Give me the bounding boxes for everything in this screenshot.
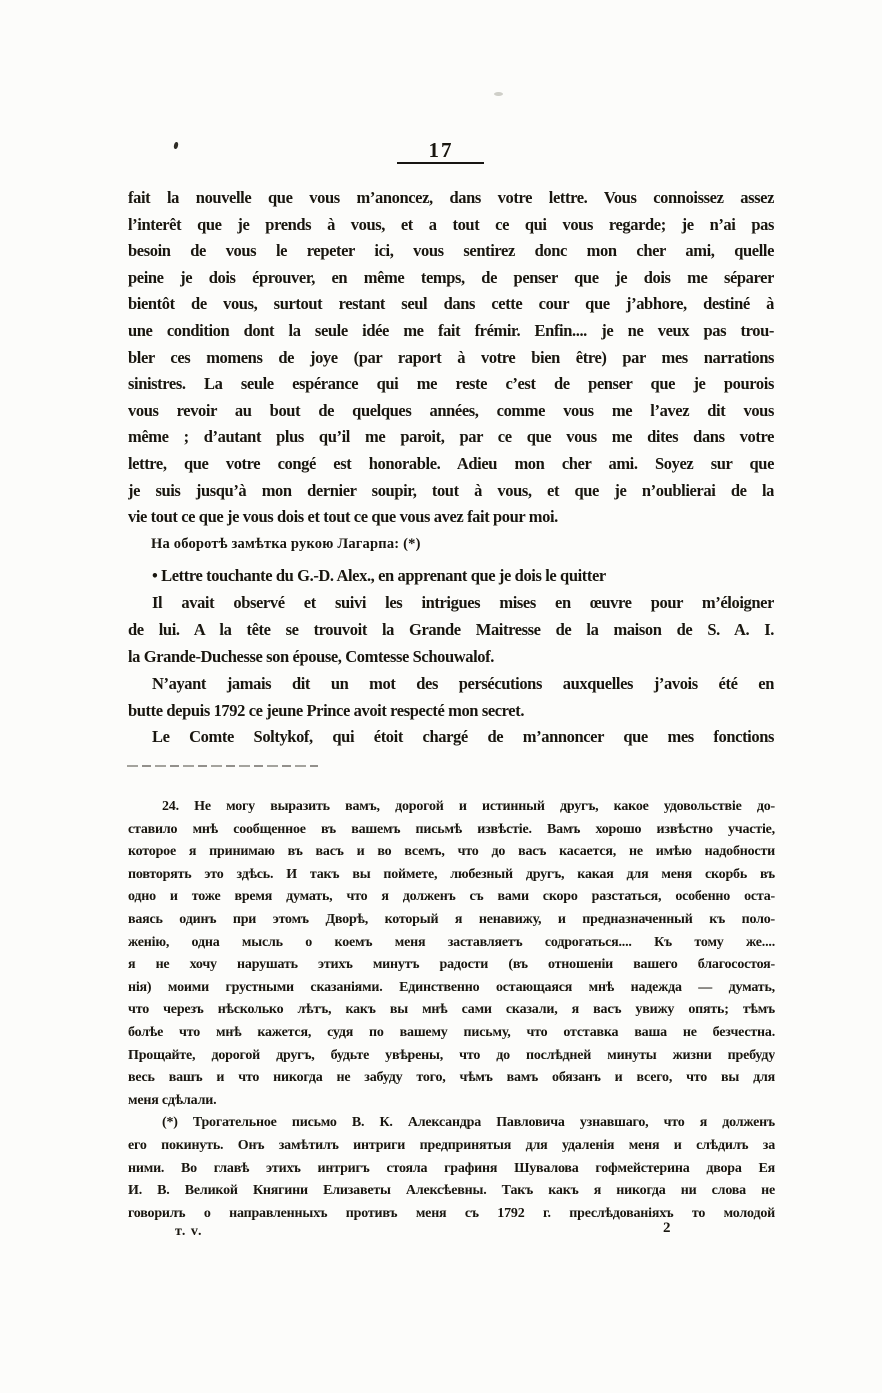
- footnote-24-line: женію, одна мысль о коемъ меня заставляе…: [128, 932, 775, 955]
- volume-mark: т. v.: [175, 1224, 203, 1240]
- annotation-fr-line: la Grande-Duchesse son épouse, Comtesse …: [128, 644, 774, 671]
- letter-fr-body: fait la nouvelle que vous m’anoncez, dan…: [128, 185, 774, 531]
- footnote-star-line: его покинуть. Онъ замѣтилъ интриги предп…: [128, 1135, 775, 1158]
- footnote-24-line: которое я принимаю въ васъ и во всемъ, ч…: [128, 841, 775, 864]
- footnote-24-line: нія) моими грустными сказаніями. Единств…: [128, 977, 775, 1000]
- annotation-fr-line: N’ayant jamais dit un mot des persécutio…: [128, 671, 774, 698]
- letter-fr-line: lettre, que votre congé est honorable. A…: [128, 451, 774, 478]
- letter-fr-line: besoin de vous le repeter ici, vous sent…: [128, 238, 774, 265]
- letter-fr-line: bler ces momens de joye (par raport à vo…: [128, 345, 774, 372]
- letter-fr-line: fait la nouvelle que vous m’anoncez, dan…: [128, 185, 774, 212]
- footnote-24-line: Прощайте, дорогой другъ, будьте увѣрены,…: [128, 1045, 775, 1068]
- footnote-24-line: повторять это здѣсь. И такъ вы поймете, …: [128, 864, 775, 887]
- annotation-fr-line: Il avait observé et suivi les intrigues …: [128, 590, 774, 617]
- annotation-fr-line: Le Comte Soltykof, qui étoit chargé de m…: [128, 724, 774, 751]
- note-heading: На оборотѣ замѣтка рукою Лагарпа: (*): [151, 536, 421, 553]
- footnote-24-line: ваясь одинъ при этомъ Дворѣ, который я н…: [128, 909, 775, 932]
- page-number: 17: [429, 138, 454, 162]
- annotation-fr-line: butte depuis 1792 ce jeune Prince avoit …: [128, 698, 774, 725]
- footnote-24-line: я не хочу нарушать этихъ минутъ радости …: [128, 954, 775, 977]
- sheet-number: 2: [663, 1220, 671, 1237]
- footnote-separator-rule: [127, 765, 318, 767]
- footnote-star-line: ними. Во главѣ этихъ интригъ стояла граф…: [128, 1158, 775, 1181]
- letter-fr-line: je suis jusqu’à mon dernier soupir, tout…: [128, 478, 774, 505]
- page-number-rule: [397, 162, 484, 164]
- annotation-fr-line: • Lettre touchante du G.-D. Alex., en ap…: [128, 563, 774, 590]
- footnote-24-line: 24. Не могу выразить вамъ, дорогой и ист…: [128, 796, 775, 819]
- annotation-fr-body: • Lettre touchante du G.-D. Alex., en ap…: [128, 563, 774, 751]
- footnote-star-line: (*) Трогательное письмо В. К. Александра…: [128, 1112, 775, 1135]
- footnote-star-line: говорилъ о направленныхъ противъ меня съ…: [128, 1203, 775, 1226]
- letter-fr-line: sinistres. La seule espérance qui me res…: [128, 371, 774, 398]
- letter-fr-line: une condition dont la seule idée me fait…: [128, 318, 774, 345]
- footnote-24-line: меня сдѣлали.: [128, 1090, 775, 1113]
- footnote-24-line: весь вашъ и что никогда не забуду того, …: [128, 1067, 775, 1090]
- letter-fr-line: l’interêt que je prends à vous, et a tou…: [128, 212, 774, 239]
- footnotes-body: 24. Не могу выразить вамъ, дорогой и ист…: [128, 796, 775, 1225]
- letter-fr-line: bientôt de vous, surtout restant seul da…: [128, 291, 774, 318]
- footnote-24-line: что черезъ нѣсколько лѣтъ, какъ вы мнѣ с…: [128, 999, 775, 1022]
- letter-fr-line: vie tout ce que je vous dois et tout ce …: [128, 504, 774, 531]
- scanned-book-page: { "colors": { "paper": "#fcfcfa", "ink":…: [0, 0, 882, 1393]
- annotation-fr-line: de lui. A la tête se trouvoit la Grande …: [128, 617, 774, 644]
- footnote-24-line: болѣе что мнѣ кажется, судя по вашему пи…: [128, 1022, 775, 1045]
- footnote-star-line: И. В. Великой Княгини Елизаветы Алексѣев…: [128, 1180, 775, 1203]
- footnote-24-line: ставило мнѣ сообщенное въ вашемъ письмѣ …: [128, 819, 775, 842]
- letter-fr-line: même ; d’autant plus qu’il me paroit, pa…: [128, 424, 774, 451]
- page-header: 17: [118, 138, 764, 163]
- scan-speck-dot: [494, 92, 503, 96]
- footnote-24-line: одно и тоже время думать, что я долженъ …: [128, 886, 775, 909]
- letter-fr-line: peine je dois éprouver, en même temps, d…: [128, 265, 774, 292]
- letter-fr-line: vous revoir au bout de quelques années, …: [128, 398, 774, 425]
